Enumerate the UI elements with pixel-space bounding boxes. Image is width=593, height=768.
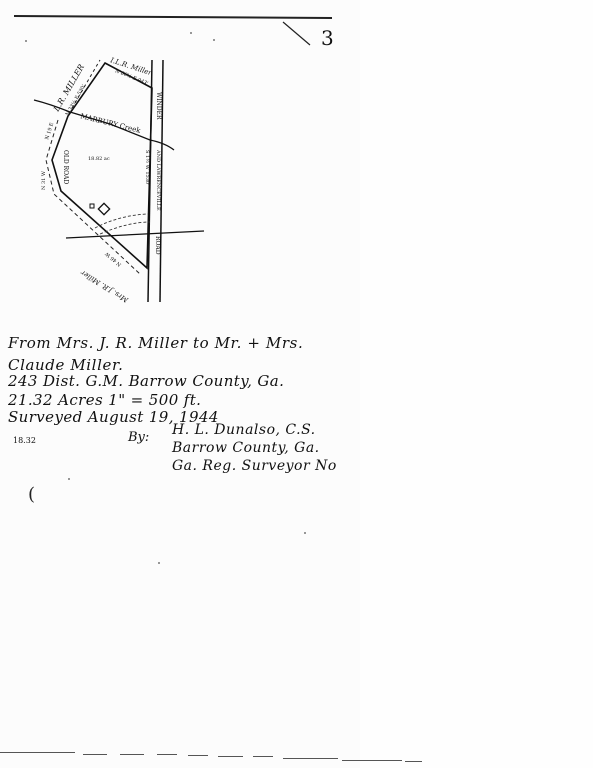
scan-speck bbox=[213, 39, 215, 41]
survey-plat-drawing: I.L.R. Miller N 86½ E 943' L.R. MILLER N… bbox=[0, 0, 360, 320]
surveyor-registration: Ga. Reg. Surveyor No bbox=[172, 458, 337, 474]
svg-text:WINDER: WINDER bbox=[155, 92, 162, 120]
svg-text:AND LAWRENCEVILLE: AND LAWRENCEVILLE bbox=[155, 149, 161, 211]
by-label: By: bbox=[128, 430, 149, 445]
district-county-line: 243 Dist. G.M. Barrow County, Ga. bbox=[8, 372, 284, 390]
scan-speck bbox=[304, 532, 306, 534]
bottom-dash-line bbox=[0, 752, 75, 753]
acreage-scale-line: 21.32 Acres 1" = 500 ft. bbox=[8, 391, 201, 409]
bottom-dash-line bbox=[405, 761, 422, 762]
bottom-dash-line bbox=[253, 756, 273, 757]
svg-text:Mrs. J.R. Miller: Mrs. J.R. Miller bbox=[79, 268, 131, 304]
scan-speck bbox=[25, 40, 27, 42]
scan-speck bbox=[158, 562, 160, 564]
svg-text:N 19 E: N 19 E bbox=[44, 122, 55, 141]
scan-speck bbox=[68, 478, 70, 480]
bottom-dash-line bbox=[157, 754, 177, 755]
scan-speck bbox=[190, 32, 192, 34]
svg-text:N 46 W: N 46 W bbox=[104, 250, 123, 267]
bottom-dash-line bbox=[120, 754, 144, 755]
svg-text:18.82 ac: 18.82 ac bbox=[88, 156, 110, 162]
bottom-dash-line bbox=[342, 760, 402, 761]
surveyor-name: H. L. Dunalso, C.S. bbox=[172, 422, 316, 438]
transfer-line: From Mrs. J. R. Miller to Mr. + Mrs. bbox=[8, 334, 303, 352]
bottom-dash-line bbox=[218, 756, 243, 757]
bottom-dash-line bbox=[83, 754, 107, 755]
svg-text:S 1½ W 1530': S 1½ W 1530' bbox=[144, 150, 151, 185]
surveyor-county: Barrow County, Ga. bbox=[172, 440, 320, 456]
bottom-dash-line bbox=[188, 755, 208, 756]
svg-text:N 31 W: N 31 W bbox=[41, 170, 47, 190]
margin-note: 18.32 bbox=[13, 436, 36, 445]
bottom-dash-line bbox=[283, 758, 338, 759]
document-page: 3 I.L.R. Miller N 86½ E 943' L.R. MILLER… bbox=[0, 0, 593, 768]
svg-text:MARBURY Creek: MARBURY Creek bbox=[80, 112, 143, 135]
svg-text:OLD ROAD: OLD ROAD bbox=[62, 150, 69, 184]
stray-mark: ( bbox=[28, 484, 35, 505]
svg-text:ROAD: ROAD bbox=[154, 236, 161, 255]
